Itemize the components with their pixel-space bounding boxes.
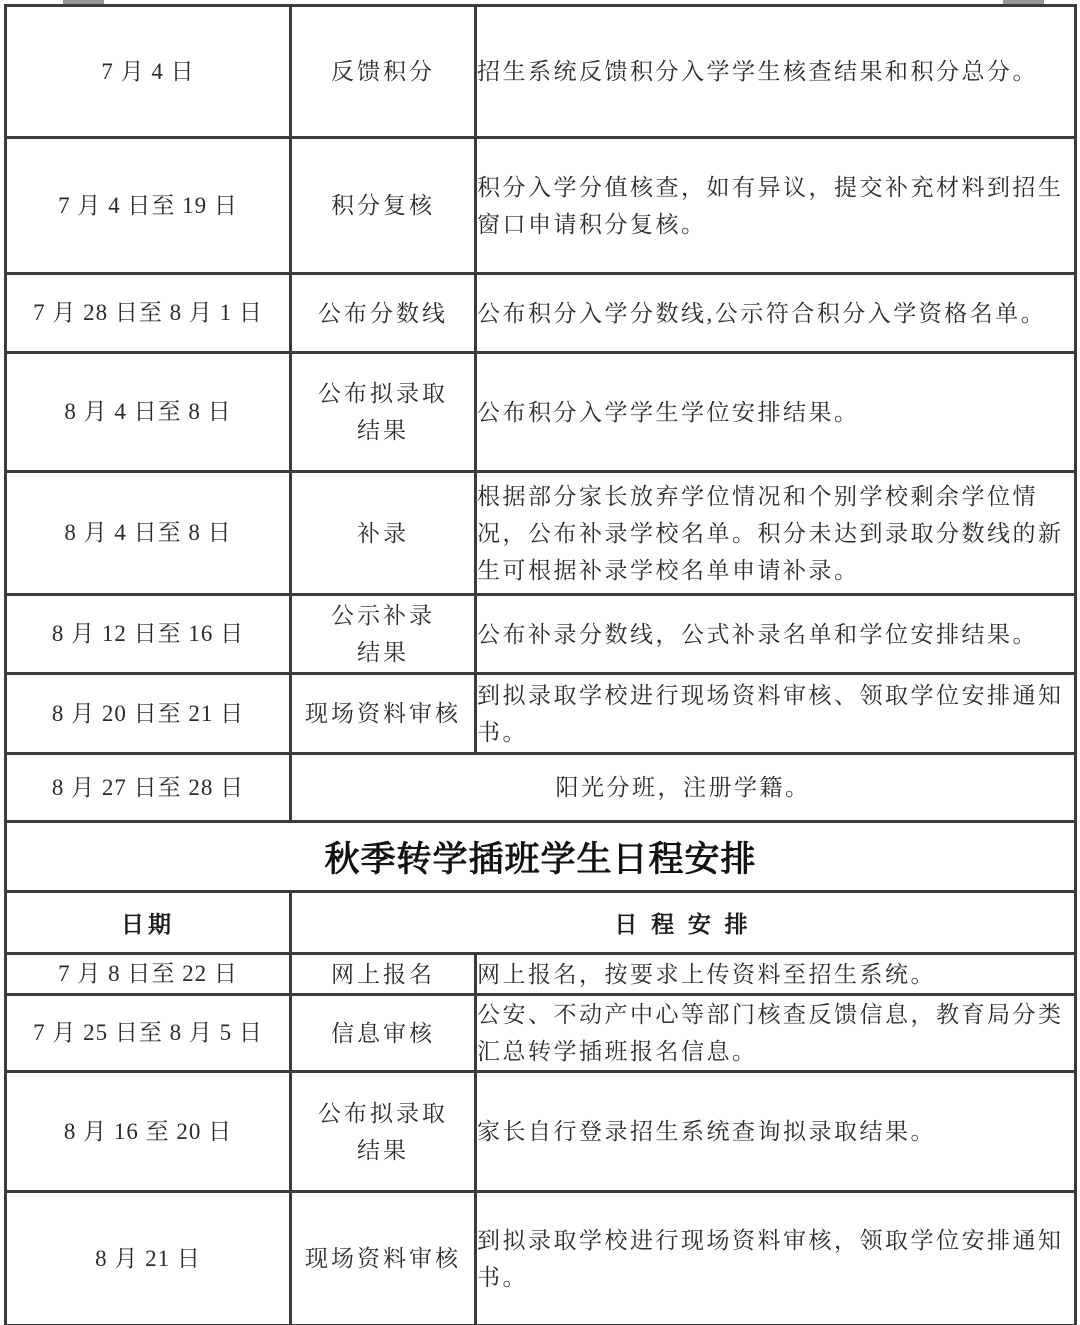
section1-body: 7 月 4 日反馈积分招生系统反馈积分入学学生核查结果和积分总分。7 月 4 日… — [6, 6, 1076, 822]
item-cell: 信息审核 — [291, 995, 476, 1072]
table-row: 8 月 16 至 20 日公布拟录取 结果家长自行登录招生系统查询拟录取结果。 — [6, 1072, 1076, 1192]
section2-body: 7 月 8 日至 22 日网上报名网上报名，按要求上传资料至招生系统。7 月 2… — [6, 954, 1076, 1325]
table-row: 7 月 25 日至 8 月 5 日信息审核公安、不动产中心等部门核查反馈信息，教… — [6, 995, 1076, 1072]
date-cell: 8 月 21 日 — [6, 1192, 291, 1325]
date-cell: 7 月 25 日至 8 月 5 日 — [6, 995, 291, 1072]
date-cell: 7 月 8 日至 22 日 — [6, 954, 291, 995]
date-cell: 7 月 28 日至 8 月 1 日 — [6, 274, 291, 353]
table-row: 8 月 4 日至 8 日公布拟录取 结果公布积分入学学生学位安排结果。 — [6, 353, 1076, 472]
item-cell: 公布拟录取 结果 — [291, 1072, 476, 1192]
date-cell: 7 月 4 日 — [6, 6, 291, 138]
date-cell: 8 月 16 至 20 日 — [6, 1072, 291, 1192]
table-row: 7 月 4 日反馈积分招生系统反馈积分入学学生核查结果和积分总分。 — [6, 6, 1076, 138]
section2-heading-body: 秋季转学插班学生日程安排 日期 日 程 安 排 — [6, 822, 1076, 954]
item-cell: 公示补录 结果 — [291, 595, 476, 674]
desc-cell: 根据部分家长放弃学位情况和个别学校剩余学位情况，公布补录学校名单。积分未达到录取… — [476, 472, 1076, 595]
section-title: 秋季转学插班学生日程安排 — [6, 822, 1076, 892]
table-row: 8 月 20 日至 21 日现场资料审核到拟录取学校进行现场资料审核、领取学位安… — [6, 674, 1076, 754]
desc-cell: 招生系统反馈积分入学学生核查结果和积分总分。 — [476, 6, 1076, 138]
item-cell: 公布分数线 — [291, 274, 476, 353]
desc-cell: 网上报名，按要求上传资料至招生系统。 — [476, 954, 1076, 995]
desc-cell: 公布积分入学学生学位安排结果。 — [476, 353, 1076, 472]
item-cell: 反馈积分 — [291, 6, 476, 138]
desc-cell: 家长自行登录招生系统查询拟录取结果。 — [476, 1072, 1076, 1192]
section-title-row: 秋季转学插班学生日程安排 — [6, 822, 1076, 892]
item-cell: 积分复核 — [291, 138, 476, 274]
date-cell: 8 月 27 日至 28 日 — [6, 754, 291, 822]
item-cell: 现场资料审核 — [291, 674, 476, 754]
enrollment-schedule-table: 7 月 4 日反馈积分招生系统反馈积分入学学生核查结果和积分总分。7 月 4 日… — [4, 4, 1077, 1325]
desc-cell: 到拟录取学校进行现场资料审核、领取学位安排通知书。 — [476, 674, 1076, 754]
table-row: 7 月 4 日至 19 日积分复核积分入学分值核查，如有异议，提交补充材料到招生… — [6, 138, 1076, 274]
section2-header-row: 日期 日 程 安 排 — [6, 892, 1076, 954]
desc-cell: 公安、不动产中心等部门核查反馈信息，教育局分类汇总转学插班报名信息。 — [476, 995, 1076, 1072]
item-cell: 现场资料审核 — [291, 1192, 476, 1325]
desc-cell: 到拟录取学校进行现场资料审核，领取学位安排通知书。 — [476, 1192, 1076, 1325]
table-row: 7 月 8 日至 22 日网上报名网上报名，按要求上传资料至招生系统。 — [6, 954, 1076, 995]
table-row: 8 月 4 日至 8 日补录根据部分家长放弃学位情况和个别学校剩余学位情况，公布… — [6, 472, 1076, 595]
desc-cell: 公布补录分数线，公式补录名单和学位安排结果。 — [476, 595, 1076, 674]
header-date-cell: 日期 — [6, 892, 291, 954]
table-row: 7 月 28 日至 8 月 1 日公布分数线公布积分入学分数线,公示符合积分入学… — [6, 274, 1076, 353]
date-cell: 7 月 4 日至 19 日 — [6, 138, 291, 274]
date-cell: 8 月 4 日至 8 日 — [6, 472, 291, 595]
table-row: 8 月 21 日现场资料审核到拟录取学校进行现场资料审核，领取学位安排通知书。 — [6, 1192, 1076, 1325]
item-cell: 网上报名 — [291, 954, 476, 995]
merged-desc-cell: 阳光分班，注册学籍。 — [291, 754, 1076, 822]
desc-cell: 公布积分入学分数线,公示符合积分入学资格名单。 — [476, 274, 1076, 353]
date-cell: 8 月 12 日至 16 日 — [6, 595, 291, 674]
item-cell: 公布拟录取 结果 — [291, 353, 476, 472]
table-row: 8 月 12 日至 16 日公示补录 结果公布补录分数线，公式补录名单和学位安排… — [6, 595, 1076, 674]
date-cell: 8 月 20 日至 21 日 — [6, 674, 291, 754]
date-cell: 8 月 4 日至 8 日 — [6, 353, 291, 472]
desc-cell: 积分入学分值核查，如有异议，提交补充材料到招生窗口申请积分复核。 — [476, 138, 1076, 274]
item-cell: 补录 — [291, 472, 476, 595]
table-row: 8 月 27 日至 28 日阳光分班，注册学籍。 — [6, 754, 1076, 822]
header-schedule-cell: 日 程 安 排 — [291, 892, 1076, 954]
